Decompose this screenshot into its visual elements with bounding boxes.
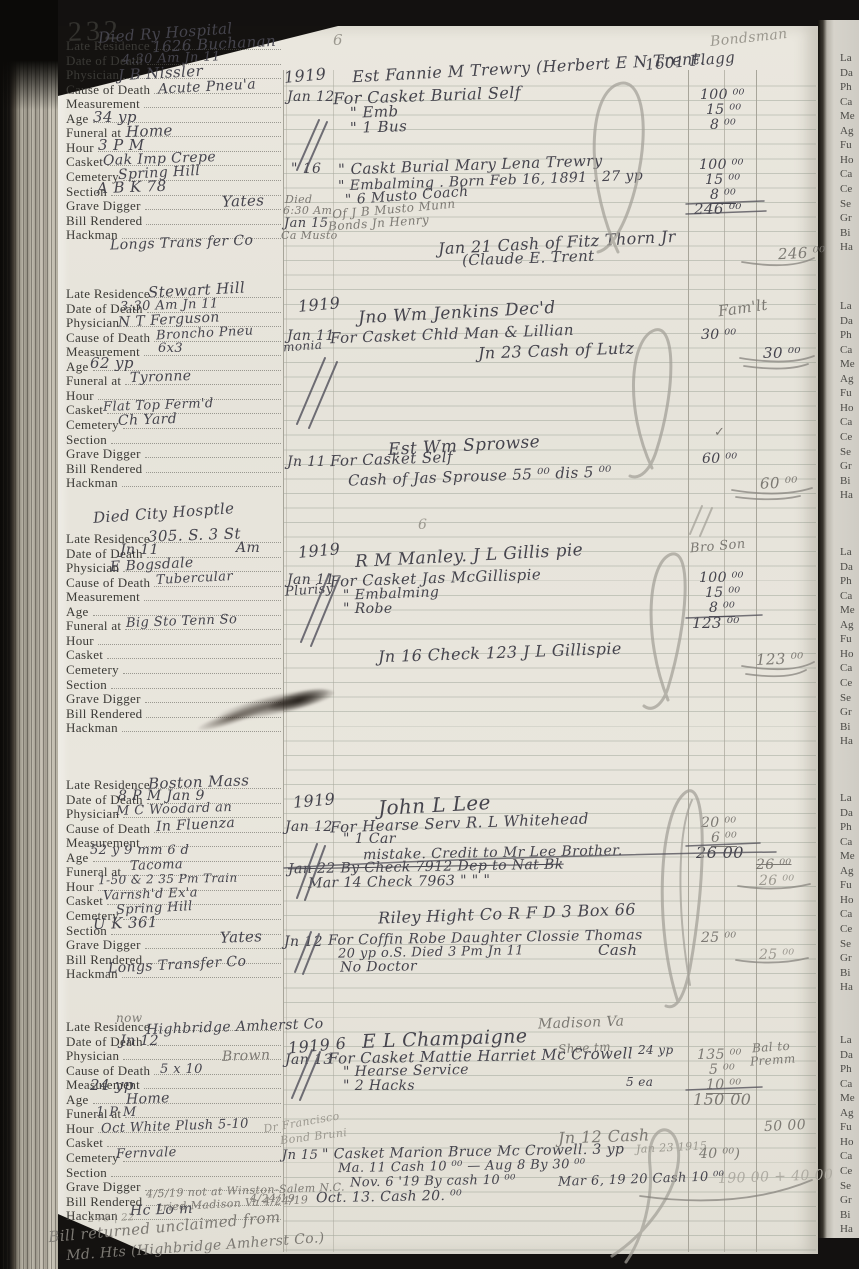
handwritten-note-e1: 15 ⁰⁰ (705, 173, 741, 187)
dotted-leader (93, 1102, 281, 1104)
facing-page-label-initial: Me (840, 604, 855, 616)
handwritten-note-e4: 26 ⁰⁰ (756, 858, 792, 872)
handwritten-note-e1: Jan 12 (287, 90, 335, 104)
facing-page-label-initial: Gr (840, 952, 852, 964)
handwritten-note-e5: Nov. 6 '19 By cash 10 ⁰⁰ (350, 1174, 516, 1190)
handwritten-note-e5: Jn 15 (282, 1149, 318, 1162)
handwritten-note-e4: 26 ⁰⁰ (759, 874, 795, 888)
form-label-hour-e3: Hour (66, 633, 283, 647)
column-divider (283, 70, 284, 1252)
handwritten-note-e2: Tyronne (130, 369, 192, 385)
date-column-divider (333, 70, 334, 1252)
handwritten-note-e4: In Fluenza (156, 816, 236, 834)
facing-page-label-initial: Ca (840, 836, 852, 848)
form-label-text: Bill Rendered (66, 707, 142, 720)
handwritten-note-e3: Am (236, 541, 260, 555)
handwritten-note-e1: 100 ⁰⁰ (699, 158, 744, 172)
form-label-text: Funeral at (66, 619, 121, 632)
facing-page-label-initial: Ph (840, 575, 852, 587)
handwritten-note-e5: Premm (750, 1052, 796, 1067)
form-label-section-e3: Section (66, 677, 283, 691)
dotted-leader (111, 442, 281, 444)
form-label-text: Casket (66, 155, 103, 168)
handwritten-note-e2: For Casket Self (330, 450, 453, 469)
dotted-leader (98, 643, 281, 645)
facing-page-label-initial: Da (840, 315, 853, 327)
form-label-section-e5: Section (66, 1165, 283, 1179)
form-label-text: Hour (66, 389, 94, 402)
facing-page-label-initial: Da (840, 1049, 853, 1061)
column-divider-double (286, 70, 287, 1252)
form-label-text: Physician (66, 316, 119, 329)
handwritten-note-e4: " 1 Car (343, 832, 396, 846)
handwritten-note-e4: 1919 (292, 791, 336, 811)
dotted-leader (147, 1044, 281, 1046)
facing-page-label-initial: Se (840, 446, 851, 458)
handwritten-note-e5: 50 00 (764, 1118, 807, 1134)
dotted-leader (122, 976, 281, 978)
facing-page-label-initial: Fu (840, 387, 852, 399)
form-label-text: Age (66, 360, 89, 373)
facing-page-label-initial: Ca (840, 1078, 852, 1090)
dotted-leader (107, 657, 281, 659)
facing-page-label-initial: Ca (840, 1150, 852, 1162)
handwritten-note-e5: 24 yp (638, 1044, 674, 1056)
handwritten-note-e1: " 16 (291, 162, 321, 176)
handwritten-note-e5: 5 ea (626, 1076, 653, 1088)
dotted-leader (146, 223, 281, 225)
facing-page-label-initial: Da (840, 561, 853, 573)
handwritten-note-e1: (Claude E. Trent (462, 249, 595, 269)
dotted-leader (111, 687, 281, 689)
facing-page-label-initial: Ag (840, 125, 853, 137)
handwritten-note-e2: 62 yp (90, 356, 134, 371)
form-label-text: Grave Digger (66, 447, 141, 460)
form-label-text: Section (66, 1166, 107, 1179)
handwritten-note-e3: Jn 11 (120, 543, 159, 557)
handwritten-note-e1: 100 ⁰⁰ (700, 88, 745, 102)
form-label-text: Measurement (66, 590, 140, 603)
facing-page-label-initial: Ca (840, 908, 852, 920)
form-label-text: Physician (66, 68, 119, 81)
handwritten-note-e5: " Hearse Service (343, 1063, 469, 1079)
form-label-text: Bill Rendered (66, 214, 142, 227)
facing-page-label-initial: La (840, 1034, 852, 1046)
handwritten-note-e1: Yates (222, 193, 265, 209)
facing-page-label-initial: Ca (840, 96, 852, 108)
facing-page-label-initial: Ha (840, 489, 853, 501)
form-label-text: Late Residence (66, 287, 150, 300)
handwritten-note-e4: Jan 12 (285, 820, 333, 834)
dotted-leader (123, 672, 281, 674)
form-label-bill-rendered-e1: Bill Rendered (66, 213, 283, 227)
form-label-text: Cemetery (66, 663, 119, 676)
form-label-text: Age (66, 605, 89, 618)
form-label-text: Section (66, 433, 107, 446)
facing-page-label-initial: Me (840, 110, 855, 122)
facing-page-label-initial: Ca (840, 590, 852, 602)
facing-page-label-initial: Me (840, 358, 855, 370)
handwritten-note-e4: Yates (220, 929, 263, 945)
form-label-text: Cemetery (66, 418, 119, 431)
facing-page-label-initial: Ce (840, 677, 852, 689)
facing-page-label-initial: Ho (840, 1136, 853, 1148)
handwritten-note-e1: 1919 (283, 66, 327, 86)
form-label-text: Hackman (66, 721, 118, 734)
handwritten-note-e4: 1-50 & 2 35 Pm Train (98, 872, 238, 886)
form-label-text: Grave Digger (66, 1180, 141, 1193)
form-label-grave-digger-e2: Grave Digger (66, 446, 283, 460)
form-label-hackman-e3: Hackman (66, 720, 283, 734)
form-label-text: Bill Rendered (66, 462, 142, 475)
form-label-casket-e3: Casket (66, 647, 283, 661)
facing-page-label-initial: Ho (840, 402, 853, 414)
facing-page-label-initial: Ce (840, 923, 852, 935)
form-label-text: Cause of Death (66, 331, 150, 344)
handwritten-note-e2: 60 ⁰⁰ (760, 475, 798, 491)
facing-page-label-initial: Bi (840, 475, 850, 487)
form-label-text: Age (66, 1093, 89, 1106)
facing-page-label-initial: Ag (840, 619, 853, 631)
form-label-text: Cemetery (66, 1151, 119, 1164)
facing-page-label-initial: La (840, 300, 852, 312)
handwritten-note-e3: 123 ⁰⁰ (692, 616, 740, 631)
handwritten-note-e1: " 1 Bus (350, 119, 408, 136)
form-label-text: Physician (66, 807, 119, 820)
handwritten-note-e3: Big Sto Tenn So (126, 613, 238, 630)
facing-page-label-initial: Me (840, 850, 855, 862)
form-label-text: Casket (66, 894, 103, 907)
handwritten-note-e3: Jan 11 (287, 573, 335, 587)
handwritten-note-e5: Brown (222, 1048, 271, 1064)
form-label-text: Cause of Death (66, 1064, 150, 1077)
facing-page-label-initial: Bi (840, 967, 850, 979)
handwritten-note-e4: 25 ⁰⁰ (759, 948, 795, 962)
handwritten-note-e2: ✓ (714, 426, 725, 439)
facing-page-label-initial: Ca (840, 416, 852, 428)
facing-page-label-initial: Se (840, 692, 851, 704)
handwritten-note-e1: 8 ⁰⁰ (710, 118, 736, 132)
handwritten-note-e3: 100 ⁰⁰ (699, 571, 744, 585)
handwritten-note-e5: 5 x 10 (160, 1063, 203, 1076)
facing-page-label-initial: Ca (840, 344, 852, 356)
facing-page-label-initial: Gr (840, 212, 852, 224)
facing-page-label-initial: Se (840, 198, 851, 210)
facing-page-label-initial: Gr (840, 1194, 852, 1206)
facing-page-label-initial: La (840, 546, 852, 558)
handwritten-note-e1: 15 ⁰⁰ (706, 103, 742, 117)
facing-page-label-initial: Ce (840, 1165, 852, 1177)
form-label-section-e2: Section (66, 432, 283, 446)
handwritten-note-e1: 6 (333, 33, 343, 48)
dotted-leader (145, 456, 281, 458)
money-column-line-1 (688, 70, 689, 1252)
handwritten-note-e4: Tacoma (130, 858, 183, 873)
handwritten-note-e1: A B K 78 (97, 179, 167, 196)
handwritten-note-e3: 6 (418, 518, 427, 532)
form-label-text: Hour (66, 880, 94, 893)
dotted-leader (93, 860, 281, 862)
facing-page-label-initial: Ag (840, 865, 853, 877)
dotted-leader (111, 1175, 281, 1177)
handwritten-note-e5: Madison Va (538, 1014, 625, 1031)
facing-page-label-initial: Ph (840, 329, 852, 341)
facing-page-sliver: LaDaPhCaMeAgFuHoCaCeSeGrBiHaLaDaPhCaMeAg… (818, 20, 859, 1238)
handwritten-note-e5: now (116, 1012, 142, 1024)
dotted-leader (122, 485, 281, 487)
dotted-leader (144, 599, 281, 601)
form-label-text: Age (66, 851, 89, 864)
facing-page-label-initial: La (840, 792, 852, 804)
form-label-text: Casket (66, 403, 103, 416)
facing-page-label-initial: Ha (840, 735, 853, 747)
form-label-text: Cause of Death (66, 83, 150, 96)
facing-page-label-initial: Fu (840, 879, 852, 891)
handwritten-note-e2: 30 ⁰⁰ (701, 328, 737, 342)
handwritten-note-e3: Tubercular (156, 570, 234, 587)
facing-page-label-initial: Ce (840, 183, 852, 195)
handwritten-note-e2: 1919 (297, 295, 341, 315)
handwritten-note-e4: 20 yp o.S. Died 3 Pm Jn 11 (338, 944, 524, 960)
handwritten-note-e5: 5 ⁰⁰ (709, 1063, 735, 1077)
handwritten-note-e5: 150 00 (693, 1092, 751, 1108)
form-label-text: Casket (66, 1136, 103, 1149)
facing-page-label-initial: Fu (840, 633, 852, 645)
facing-page-label-initial: Ho (840, 894, 853, 906)
facing-page-label-initial: Ha (840, 981, 853, 993)
book-spine-page-edges (0, 0, 58, 1269)
facing-page-label-initial: Ca (840, 662, 852, 674)
facing-page-label-initial: Ha (840, 241, 853, 253)
handwritten-note-e3: 123 ⁰⁰ (756, 651, 804, 668)
form-label-text: Physician (66, 1049, 119, 1062)
form-label-text: Hour (66, 634, 94, 647)
handwritten-note-e5: " 2 Hacks (343, 1079, 415, 1093)
dotted-leader (145, 947, 281, 949)
handwritten-note-e2: 6x3 (158, 342, 183, 355)
facing-page-label-initial: Ho (840, 648, 853, 660)
handwritten-note-e4: 25 ⁰⁰ (701, 931, 737, 945)
form-label-text: Hackman (66, 476, 118, 489)
dotted-leader (146, 471, 281, 473)
handwritten-note-e2: 30 ⁰⁰ (763, 346, 801, 361)
facing-page-label-initial: Ce (840, 431, 852, 443)
handwritten-note-e4: No Doctor (340, 959, 417, 974)
facing-page-label-initial: Da (840, 67, 853, 79)
handwritten-note-e3: 1919 (297, 541, 341, 561)
handwritten-note-e5: Jn 12 (120, 1034, 159, 1048)
facing-page-label-initial: Bi (840, 227, 850, 239)
handwritten-note-e2: 60 ⁰⁰ (702, 452, 738, 466)
handwritten-note-e5: 190 00 + 40 00 (718, 1168, 834, 1186)
form-label-text: Cause of Death (66, 822, 150, 835)
facing-page-label-initial: Me (840, 1092, 855, 1104)
handwritten-note-e2: Ch Yard (118, 412, 178, 428)
facing-page-label-initial: Se (840, 938, 851, 950)
form-label-text: Age (66, 112, 89, 125)
form-label-text: Grave Digger (66, 692, 141, 705)
facing-page-label-initial: Fu (840, 1121, 852, 1133)
handwritten-note-e4: 52 y 9 mm 6 d (90, 844, 189, 857)
form-label-cemetery-e3: Cemetery (66, 662, 283, 676)
facing-page-label-initial: Gr (840, 460, 852, 472)
handwritten-note-e4: 26 00 (696, 845, 744, 861)
facing-page-label-initial: Ag (840, 373, 853, 385)
handwritten-note-e4: Cash (598, 943, 637, 958)
form-label-text: Hour (66, 141, 94, 154)
facing-page-label-initial: Gr (840, 706, 852, 718)
handwritten-note-e1: 246 ⁰⁰ (778, 245, 827, 262)
handwritten-note-e4: 20 ⁰⁰ (701, 816, 737, 830)
handwritten-note-e3: 15 ⁰⁰ (705, 586, 741, 600)
handwritten-note-e1: 6:30 Am (283, 205, 332, 216)
dotted-leader (144, 1087, 281, 1089)
handwritten-note-e5: Fernvale (116, 1146, 177, 1161)
handwritten-note-e3: " Robe (343, 602, 393, 616)
form-label-text: Casket (66, 648, 103, 661)
handwritten-note-e5: 1 P M (96, 1106, 137, 1119)
facing-page-label-initial: Ca (840, 168, 852, 180)
handwritten-note-e5: Jan 23 1915 (636, 1140, 708, 1155)
facing-page-label-initial: Bi (840, 1209, 850, 1221)
handwritten-note-e2: Jn 11 (287, 455, 326, 469)
facing-page-label-initial: Ph (840, 1063, 852, 1075)
handwritten-note-e5: 135 ⁰⁰ (697, 1048, 742, 1062)
facing-page-label-initial: Se (840, 1180, 851, 1192)
handwritten-note-e5: Jan 13 (285, 1053, 333, 1067)
form-label-text: Funeral at (66, 374, 121, 387)
form-label-text: Hour (66, 1122, 94, 1135)
handwritten-note-e1: 246 ⁰⁰ (694, 202, 742, 217)
handwritten-note-e4: Jn 12 (284, 935, 323, 949)
facing-page-label-initial: Ph (840, 81, 852, 93)
facing-page-label-initial: Ag (840, 1107, 853, 1119)
facing-page-label-initial: Da (840, 807, 853, 819)
handwritten-note-e4: Mar 14 Check 7963 " " " (308, 873, 491, 890)
facing-page-label-initial: Ho (840, 154, 853, 166)
form-label-hackman-e2: Hackman (66, 475, 283, 489)
scanned-ledger-book: { "page": {"number": "232"}, "form_label… (0, 0, 859, 1269)
facing-page-label-initial: Fu (840, 139, 852, 151)
form-label-text: Section (66, 678, 107, 691)
facing-page-label-initial: Ph (840, 821, 852, 833)
form-label-measurement-e3: Measurement (66, 589, 283, 603)
handwritten-note-e4: U K 361 (93, 915, 158, 932)
handwritten-note-e2: Jan 11 (287, 329, 335, 343)
handwritten-note-e5: 40 ⁰⁰) (699, 1147, 740, 1161)
form-label-text: Grave Digger (66, 938, 141, 951)
facing-page-label-initial: Bi (840, 721, 850, 733)
facing-page-label-initial: Ha (840, 1223, 853, 1235)
dotted-leader (144, 106, 281, 108)
form-label-text: Cause of Death (66, 576, 150, 589)
form-label-bill-rendered-e2: Bill Rendered (66, 461, 283, 475)
handwritten-note-e3: 305. S. 3 St (148, 526, 241, 544)
form-label-text: Grave Digger (66, 199, 141, 212)
facing-page-label-initial: La (840, 52, 852, 64)
